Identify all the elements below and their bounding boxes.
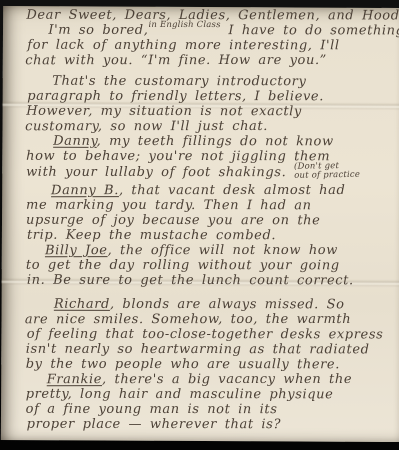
underlined-name: Richard: [54, 297, 110, 312]
handwritten-line: paragraph to friendly letters, I believe…: [27, 89, 399, 105]
handwritten-line: That's the customary introductory: [26, 74, 399, 90]
handwriting-text: how to behave; you're not jiggling them: [26, 149, 330, 165]
handwritten-line: pretty, long hair and masculine physique: [26, 387, 399, 403]
handwriting-text: paragraph to friendly letters, I believe…: [27, 89, 324, 105]
handwriting-text: are nice smiles. Somehow, too, the warmt…: [25, 312, 351, 327]
handwriting-text: That's the customary introductory: [52, 74, 306, 89]
handwriting-text: of feeling that too-close-together desks…: [27, 327, 384, 343]
handwriting-text: me marking you tardy. Then I had an: [26, 198, 312, 213]
handwritten-line: of a fine young man is not in its: [26, 402, 399, 418]
handwritten-line: to get the day rolling without your goin…: [26, 258, 399, 274]
photo-background: Dear Sweet, Dears, Ladies, Gentlemen, an…: [0, 0, 399, 450]
handwritten-line: me marking you tardy. Then I had an: [26, 198, 399, 214]
handwriting-text: in. Be sure to get the lunch count corre…: [27, 273, 354, 289]
handwritten-line: Danny B., that vacant desk almost had: [25, 183, 399, 198]
handwritten-line: Billy Joe, the office will not know how: [25, 243, 399, 258]
handwritten-line: I'm so bored,in English Class I have to …: [26, 23, 399, 39]
handwritten-line: However, my situation is not exactly: [26, 104, 399, 120]
handwritten-line: for lack of anything more interesting, I…: [27, 38, 399, 54]
insertion-note: in English Class: [148, 21, 220, 29]
handwritten-line: are nice smiles. Somehow, too, the warmt…: [25, 312, 399, 327]
handwriting-text: , that vacant desk almost had: [119, 183, 345, 198]
handwriting-text: However, my situation is not exactly: [26, 104, 302, 119]
handwritten-line: isn't nearly so heartwarming as that rad…: [26, 342, 399, 358]
handwriting-text: pretty, long hair and masculine physique: [26, 387, 334, 403]
handwriting-text: chat with you. “I'm fine. How are you.”: [25, 53, 327, 68]
handwriting-text: trip. Keep the mustache combed.: [27, 228, 276, 243]
handwritten-line: in. Be sure to get the lunch count corre…: [27, 273, 399, 289]
handwritten-line: Danny, my teeth fillings do not know: [27, 134, 399, 150]
handwriting-text: , there's a big vacancy when the: [102, 372, 352, 387]
handwritten-line: upsurge of joy because you are on the: [26, 213, 399, 229]
handwriting-text: by the two people who are usually there.: [26, 357, 340, 373]
handwritten-line: trip. Keep the mustache combed.: [27, 228, 399, 244]
handwriting-text: upsurge of joy because you are on the: [26, 213, 320, 229]
letter-body: Dear Sweet, Dears, Ladies, Gentlemen, an…: [26, 8, 399, 442]
handwritten-line: of feeling that too-close-together desks…: [27, 327, 399, 343]
handwriting-text: for lack of anything more interesting, I…: [27, 38, 339, 54]
handwritten-line: customary, so now I'll just chat.: [25, 119, 399, 134]
handwriting-text: customary, so now I'll just chat.: [25, 119, 268, 134]
handwriting-text: of a fine young man is not in its: [26, 402, 278, 417]
handwritten-line: chat with you. “I'm fine. How are you.”: [25, 53, 399, 68]
handwriting-text: to get the day rolling without your goin…: [26, 258, 340, 274]
handwriting-text: , blonds are always missed. So: [110, 297, 345, 312]
handwritten-line: Richard, blonds are always missed. So: [26, 297, 399, 313]
handwriting-text: I'm so bored,: [48, 23, 148, 38]
margin-note: (Don't get out of practice: [294, 162, 360, 180]
handwritten-line: proper place — wherever that is?: [27, 417, 399, 433]
handwriting-text: with your lullaby of foot shakings.: [26, 165, 294, 180]
underlined-name: Billy Joe: [45, 243, 108, 258]
letter-paper: Dear Sweet, Dears, Ladies, Gentlemen, an…: [1, 6, 399, 442]
handwritten-line: with your lullaby of foot shakings. (Don…: [26, 164, 399, 180]
handwriting-text: I have to do something; so: [221, 23, 399, 38]
underlined-name: Danny B.: [51, 183, 119, 198]
handwriting-text: isn't nearly so heartwarming as that rad…: [26, 342, 370, 358]
handwriting-text: , the office will not know how: [108, 243, 338, 258]
handwriting-text: , my teeth fillings do not know: [97, 134, 334, 149]
handwritten-line: Frankie, there's a big vacancy when the: [25, 372, 399, 387]
underlined-name: Danny: [53, 134, 97, 149]
handwriting-text: proper place — wherever that is?: [27, 417, 281, 432]
underlined-name: Frankie: [47, 372, 102, 387]
handwritten-line: by the two people who are usually there.: [26, 357, 399, 373]
